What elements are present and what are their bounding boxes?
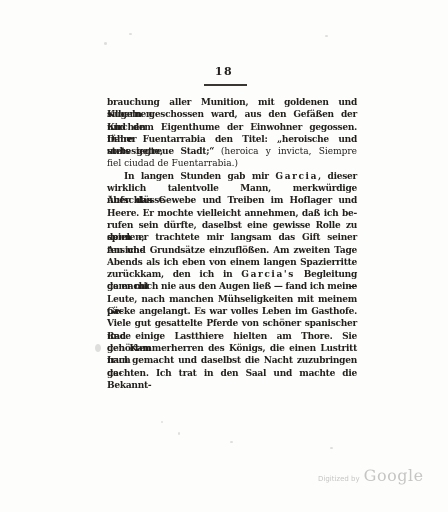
text-line: fiel ciudad de Fuentarrabia.) [107,158,357,170]
text-line: führe Fuentarrabia den Titel: „heroische… [107,134,357,146]
scan-speck [129,33,132,35]
text-line: ten und Grundsätze einzuflößen. Am zweit… [107,245,357,257]
scan-speck [178,432,180,435]
text-line: zurückkam, den ich in Garcia's Begleitun… [107,269,357,281]
text-line: Heere. Er mochte vielleicht annehmen, da… [107,208,357,220]
watermark-prefix-label: Digitized by [318,475,360,483]
fraktur-text-segment: Heere. Er mochte vielleicht annehmen, da… [107,209,357,219]
text-line: Irun gemacht und daselbst die Nacht zuzu… [107,355,357,367]
digitization-watermark: Digitized by Google [318,466,424,485]
body-text-block: brauchung aller Munition, mit goldenen u… [107,97,357,380]
roman-text-segment: (heroica y invicta, Siempre [221,147,357,157]
fraktur-text-segment: stets getreue Stadt;“ [107,147,221,157]
text-line: Viele gut gesattelte Pferde von schöner … [107,318,357,330]
text-line: dachten. Ich trat in den Saal und machte… [107,368,357,380]
text-line: Leute, nach manchen Mühseligkeiten mit m… [107,294,357,306]
text-line: brauchung aller Munition, mit goldenen u… [107,97,357,109]
roman-text-segment: fiel ciudad de Fuentarrabia.) [107,159,238,169]
text-line: In langen Stunden gab mir Garcia, dieser [107,171,357,183]
text-line: Abends als ich eben von einem langen Spa… [107,257,357,269]
fraktur-text-segment: , dieser [318,172,357,182]
text-line: rufen sein dürfte, daselbst eine gewisse… [107,220,357,232]
text-line: und dem Eigenthume der Einwohner gegosse… [107,122,357,134]
text-line: päcke angelangt. Es war volles Leben im … [107,306,357,318]
scan-speck [325,35,328,37]
text-line: Kugeln geschossen ward, aus den Gefäßen … [107,109,357,121]
page-number: 18 [0,65,448,78]
text-line: über das Gewebe und Treiben im Hoflager … [107,195,357,207]
letterspaced-name-segment: Garcia's [241,270,295,280]
fraktur-text-segment: zurückkam, den ich in [107,270,241,280]
scan-speck [330,447,333,449]
page-number-rule [204,84,247,86]
scan-speck [104,42,107,45]
fraktur-text-segment: Abends als ich eben von einem langen Spa… [107,258,357,268]
text-line: stets getreue Stadt;“ (heroica y invicta… [107,146,357,158]
text-line: und einige Lastthiere hielten am Thore. … [107,331,357,343]
text-line: denn er trachtete mir langsam das Gift s… [107,232,357,244]
letterspaced-name-segment: Garcia [275,172,318,182]
book-page-scan: 18 brauchung aller Munition, mit goldene… [0,0,448,512]
fraktur-text-segment: In langen Stunden gab mir [124,172,275,182]
scan-speck [95,344,101,352]
fraktur-text-segment: da er mich nie aus den Augen ließ — fand… [107,282,357,292]
fraktur-text-segment: ten und Grundsätze einzuflößen. Am zweit… [107,246,357,256]
text-line: da er mich nie aus den Augen ließ — fand… [107,281,357,293]
scan-speck [161,421,163,423]
text-line: wirklich talentvolle Mann, merkwürdige A… [107,183,357,195]
fraktur-text-segment: über das Gewebe und Treiben im Hoflager … [107,196,357,206]
fraktur-text-segment: dachten. Ich trat in den Saal und machte… [107,369,357,391]
fraktur-text-segment: päcke angelangt. Es war volles Leben im … [107,307,357,317]
text-line: den Kammerherren des Königs, die einen L… [107,343,357,355]
google-logo: Google [364,466,424,485]
scan-speck [230,441,233,443]
